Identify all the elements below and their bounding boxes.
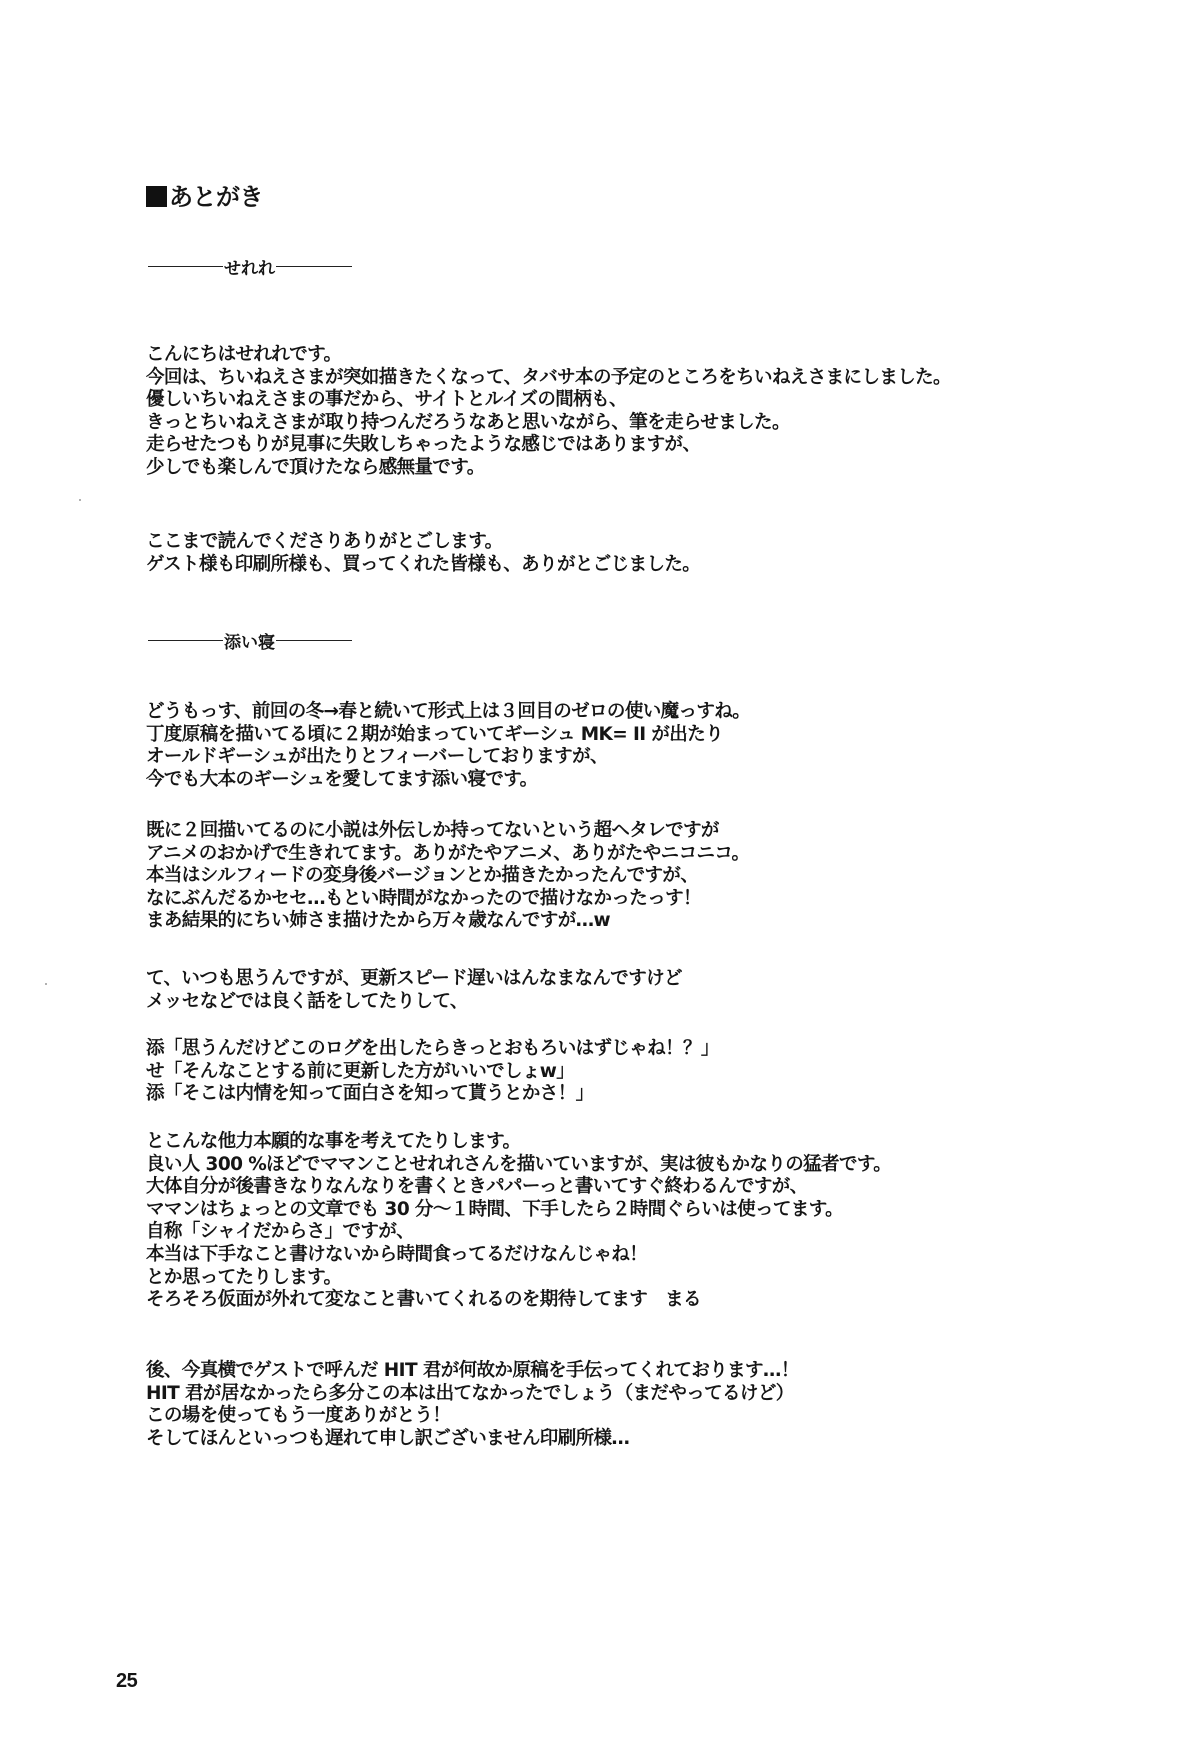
text-line: この場を使ってもう一度ありがとう！ — [146, 1405, 799, 1428]
scan-speck — [45, 983, 47, 985]
text-line: 今回は、ちいねえさまが突如描きたくなって、タバサ本の予定のところをちいねえさまに… — [146, 367, 951, 390]
text-line: 優しいちいねえさまの事だから、サイトとルイズの間柄も、 — [146, 389, 951, 412]
text-line: メッセなどでは良く話をしてたりして、 — [146, 991, 682, 1014]
paragraph: ここまで読んでくださりありがとごします。 ゲスト様も印刷所様も、買ってくれた皆様… — [146, 531, 700, 576]
text-line: て、いつも思うんですが、更新スピード遅いはんなまなんですけど — [146, 968, 682, 991]
divider-rule — [148, 640, 223, 641]
section-author: 添い寝 — [223, 628, 276, 653]
text-line: ママンはちょっとの文章でも 30 分～１時間、下手したら２時間ぐらいは使ってます… — [146, 1199, 891, 1222]
divider-rule — [276, 640, 352, 641]
text-line: なにぶんだるかセセ…もとい時間がなかったので描けなかったっす！ — [146, 888, 749, 911]
text-line: 既に２回描いてるのに小説は外伝しか持ってないという超ヘタレですが — [146, 820, 749, 843]
text-line: 良い人 300 %ほどでママンことせれれさんを描いていますが、実は彼もかなりの猛… — [146, 1154, 891, 1177]
text-line: HIT 君が居なかったら多分この本は出てなかったでしょう（まだやってるけど） — [146, 1383, 799, 1406]
text-line: こんにちはせれれです。 — [146, 344, 951, 367]
text-line: とこんな他力本願的な事を考えてたりします。 — [146, 1131, 891, 1154]
paragraph: こんにちはせれれです。 今回は、ちいねえさまが突如描きたくなって、タバサ本の予定… — [146, 344, 951, 480]
text-line: 丁度原稿を描いてる頃に２期が始まっていてギーシュ MK= II が出たり — [146, 724, 750, 747]
paragraph: 後、今真横でゲストで呼んだ HIT 君が何故か原稿を手伝ってくれております…！ … — [146, 1360, 799, 1450]
text-line: どうもっす、前回の冬→春と続いて形式上は３回目のゼロの使い魔っすね。 — [146, 701, 750, 724]
scan-speck — [79, 499, 81, 501]
text-line: ゲスト様も印刷所様も、買ってくれた皆様も、ありがとごじました。 — [146, 554, 700, 577]
paragraph: て、いつも思うんですが、更新スピード遅いはんなまなんですけど メッセなどでは良く… — [146, 968, 682, 1013]
text-line: 走らせたつもりが見事に失敗しちゃったような感じではありますが、 — [146, 434, 951, 457]
text-line: 自称「シャイだからさ」ですが、 — [146, 1221, 891, 1244]
text-line: ここまで読んでくださりありがとごします。 — [146, 531, 700, 554]
text-line: 添「そこは内情を知って面白さを知って貰うとかさ！」 — [146, 1083, 719, 1106]
text-line: 後、今真横でゲストで呼んだ HIT 君が何故か原稿を手伝ってくれております…！ — [146, 1360, 799, 1383]
page-title-text: あとがき — [169, 183, 263, 211]
text-line: 大体自分が後書きなりなんなりを書くときパパーっと書いてすぐ終わるんですが、 — [146, 1176, 891, 1199]
page-number: 25 — [116, 1670, 137, 1693]
text-line: まあ結果的にちい姉さま描けたから万々歳なんですが…w — [146, 910, 749, 933]
text-line: せ「そんなことする前に更新した方がいいでしょw」 — [146, 1061, 719, 1084]
dialogue-block: 添「思うんだけどこのログを出したらきっとおもろいはずじゃね！？」 せ「そんなこと… — [146, 1038, 719, 1106]
black-square-icon — [146, 186, 167, 207]
text-line: 少しでも楽しんで頂けたなら感無量です。 — [146, 457, 951, 480]
divider-rule — [276, 266, 352, 267]
section-divider-serere: せれれ — [148, 254, 352, 279]
text-line: 本当は下手なこと書けないから時間食ってるだけなんじゃね！ — [146, 1244, 891, 1267]
section-author: せれれ — [223, 254, 276, 279]
text-line: きっとちいねえさまが取り持つんだろうなあと思いながら、筆を走らせました。 — [146, 412, 951, 435]
paragraph: どうもっす、前回の冬→春と続いて形式上は３回目のゼロの使い魔っすね。 丁度原稿を… — [146, 701, 750, 791]
page-title: あとがき — [146, 182, 263, 212]
text-line: オールドギーシュが出たりとフィーバーしておりますが、 — [146, 746, 750, 769]
text-line: 今でも大本のギーシュを愛してます添い寝です。 — [146, 769, 750, 792]
text-line: 添「思うんだけどこのログを出したらきっとおもろいはずじゃね！？」 — [146, 1038, 719, 1061]
paragraph: とこんな他力本願的な事を考えてたりします。 良い人 300 %ほどでママンことせ… — [146, 1131, 891, 1312]
text-line: 本当はシルフィードの変身後バージョンとか描きたかったんですが、 — [146, 865, 749, 888]
text-line: そろそろ仮面が外れて変なこと書いてくれるのを期待してます まる — [146, 1289, 891, 1312]
text-line: そしてほんといっつも遅れて申し訳ございません印刷所様… — [146, 1428, 799, 1451]
paragraph: 既に２回描いてるのに小説は外伝しか持ってないという超ヘタレですが アニメのおかげ… — [146, 820, 749, 933]
divider-rule — [148, 266, 223, 267]
text-line: アニメのおかげで生きれてます。ありがたやアニメ、ありがたやニコニコ。 — [146, 843, 749, 866]
section-divider-soine: 添い寝 — [148, 628, 352, 653]
text-line: とか思ってたりします。 — [146, 1267, 891, 1290]
